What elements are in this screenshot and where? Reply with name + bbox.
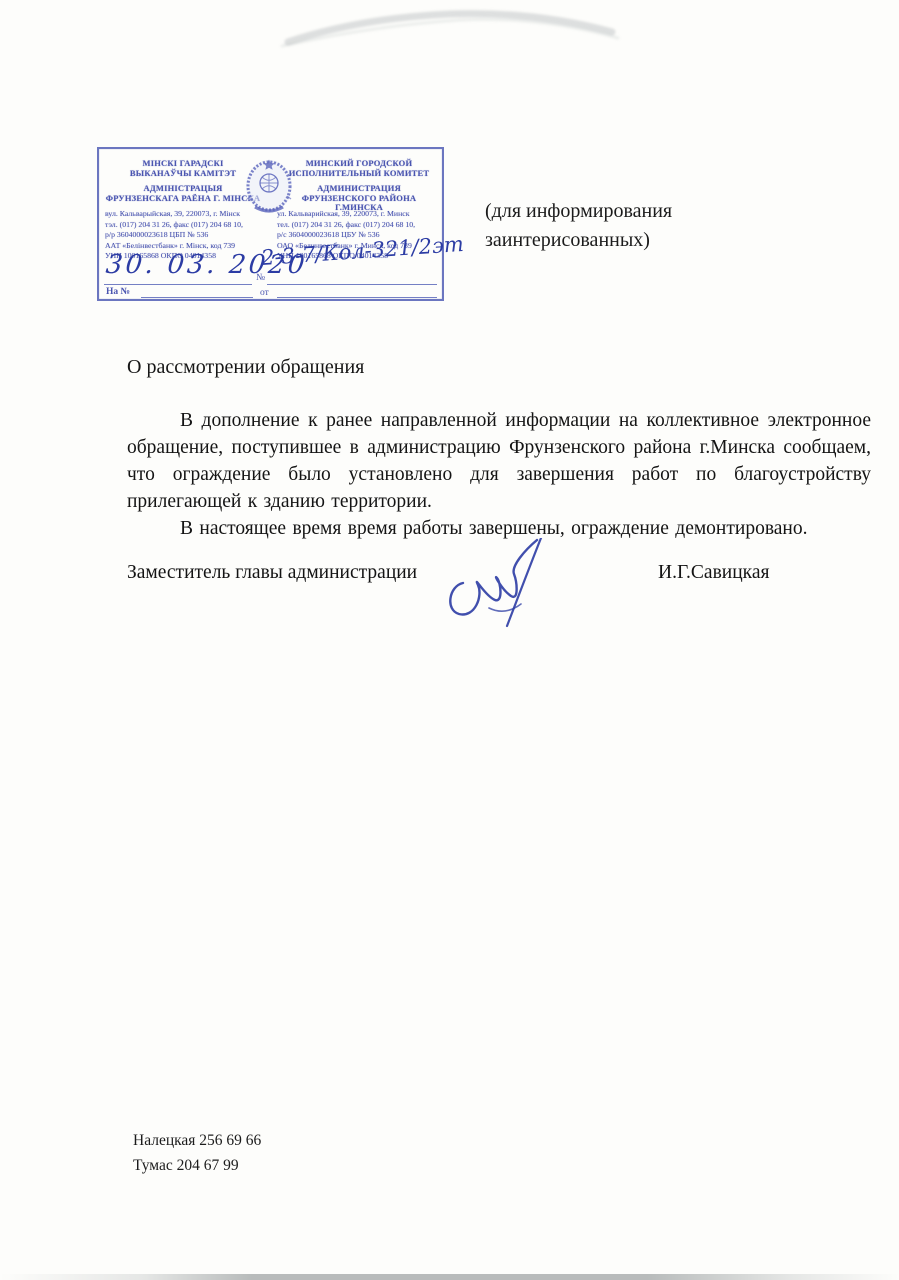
letterhead-right-header: МИНСКИЙ ГОРОДСКОЙИСПОЛНИТЕЛЬНЫЙ КОМИТЕТ …: [278, 159, 440, 213]
letterhead-stamp: МІНСКІ ГАРАДСКІВЫКАНАЎЧЫ КАМІТЭТ АДМІНІС…: [97, 147, 444, 301]
letter-body: В дополнение к ранее направленной информ…: [127, 407, 871, 542]
address-line: ул. Кальварийская, 39, 220073, г. Минск: [277, 209, 439, 220]
number-sign-label: №: [256, 273, 265, 283]
contact-line: Налецкая 256 69 66: [133, 1128, 261, 1153]
org-name-ru: МИНСКИЙ ГОРОДСКОЙИСПОЛНИТЕЛЬНЫЙ КОМИТЕТ: [278, 159, 440, 178]
ot-label: от: [260, 288, 269, 298]
address-line: р/р 3604000023618 ЦБП № 536: [105, 230, 271, 241]
org-name-by: МІНСКІ ГАРАДСКІВЫКАНАЎЧЫ КАМІТЭТ: [102, 159, 264, 178]
ot-underline: [277, 297, 437, 298]
admin-name-by: АДМІНІСТРАЦЫЯФРУНЗЕНСКАГА РАЁНА Г. МІНСК…: [102, 184, 264, 203]
admin-name-line: ФРУНЗЕНСКАГА РАЁНА Г. МІНСКА: [102, 194, 264, 204]
letterhead-left-header: МІНСКІ ГАРАДСКІВЫКАНАЎЧЫ КАМІТЭТ АДМІНІС…: [102, 159, 264, 203]
na-no-underline: [141, 297, 253, 298]
contact-line: Тумас 204 67 99: [133, 1153, 261, 1178]
handwritten-signature: [445, 538, 580, 633]
recipient-note-line: (для информирования: [485, 197, 785, 226]
scan-edge-artifact: [0, 1274, 899, 1280]
body-paragraph: В дополнение к ранее направленной информ…: [127, 407, 871, 515]
address-line: тел. (017) 204 31 26, факс (017) 204 68 …: [277, 220, 439, 231]
number-underline: [267, 284, 437, 285]
org-name-line: ВЫКАНАЎЧЫ КАМІТЭТ: [102, 169, 264, 179]
address-line: тэл. (017) 204 31 26, факс (017) 204 68 …: [105, 220, 271, 231]
recipient-note: (для информированиязаинтерисованных): [485, 197, 785, 255]
org-name-line: ИСПОЛНИТЕЛЬНЫЙ КОМИТЕТ: [278, 169, 440, 179]
scanned-letter-page: МІНСКІ ГАРАДСКІВЫКАНАЎЧЫ КАМІТЭТ АДМІНІС…: [0, 0, 899, 1280]
date-underline: [104, 284, 252, 285]
signer-position-title: Заместитель главы администрации: [127, 562, 417, 584]
signer-name: И.Г.Савицкая: [658, 562, 769, 584]
recipient-note-line: заинтерисованных): [485, 226, 785, 255]
executor-contacts: Налецкая 256 69 66Тумас 204 67 99: [133, 1128, 261, 1178]
na-no-label: На №: [106, 287, 130, 297]
scan-smudge-artifact: [280, 0, 620, 50]
subject-line: О рассмотрении обращения: [127, 356, 364, 379]
